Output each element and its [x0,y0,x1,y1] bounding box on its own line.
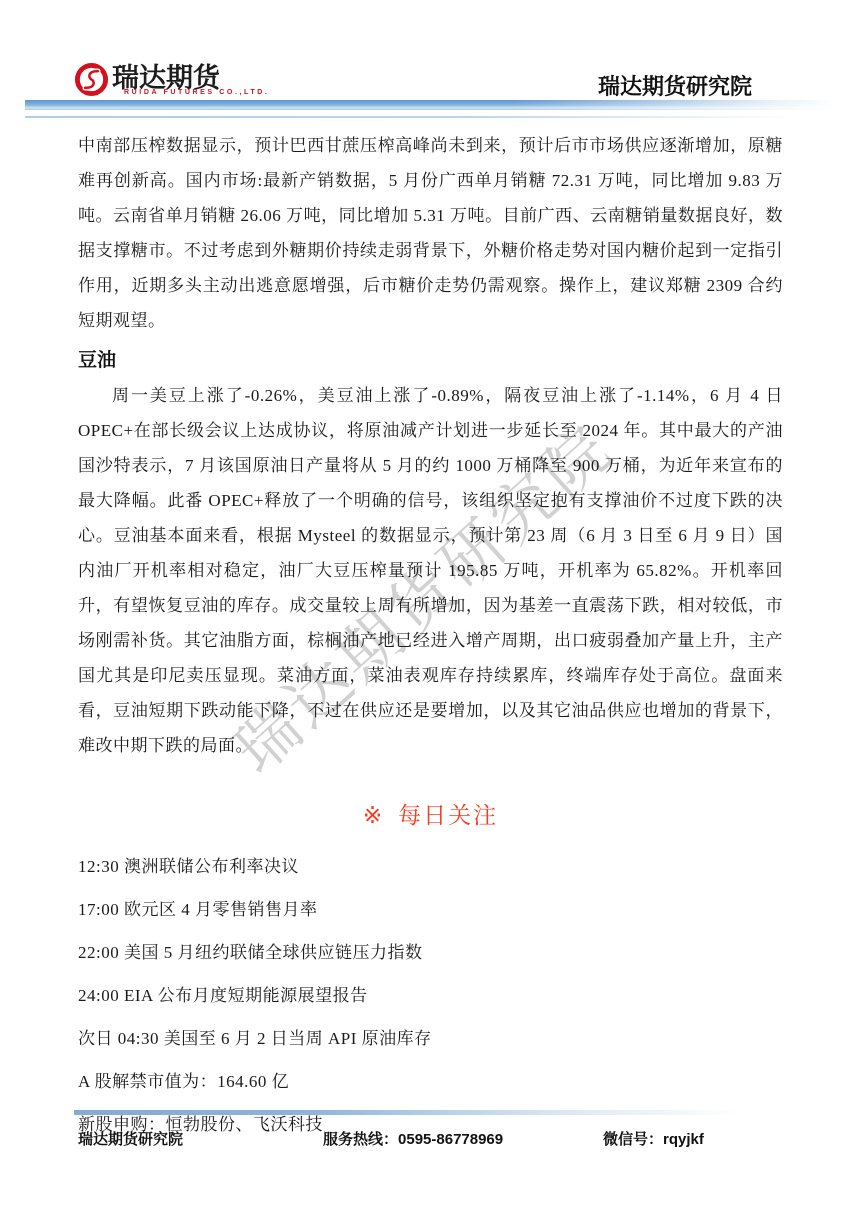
section-title-soybean-oil: 豆油 [78,344,783,378]
footer-divider-bar [74,1110,740,1115]
daily-focus-item: 12:30 澳洲联储公布利率决议 [78,845,783,888]
header-institute-title: 瑞达期货研究院 [598,70,752,101]
footer-institute: 瑞达期货研究院 [78,1128,183,1149]
daily-focus-item: 24:00 EIA 公布月度短期能源展望报告 [78,974,783,1017]
ruida-emblem-icon [74,62,109,97]
footer: 瑞达期货研究院 服务热线：0595-86778969 微信号：rqyjkf [0,1128,860,1150]
footer-wechat-label: 微信号： [603,1131,663,1148]
daily-focus-title: ※每日关注 [78,799,783,833]
footer-hotline-label: 服务热线： [323,1131,398,1148]
reference-mark-icon: ※ [363,803,384,828]
footer-hotline: 服务热线：0595-86778969 [323,1128,503,1149]
daily-focus-item: 22:00 美国 5 月纽约联储全球供应链压力指数 [78,931,783,974]
daily-focus-item: 次日 04:30 美国至 6 月 2 日当周 API 原油库存 [78,1017,783,1060]
daily-focus-item: A 股解禁市值为：164.60 亿 [78,1060,783,1103]
sugar-analysis-paragraph: 中南部压榨数据显示，预计巴西甘蔗压榨高峰尚未到来，预计后市市场供应逐渐增加，原糖… [78,128,783,338]
brand-subtitle: RUIDA FUTURES CO.,LTD. [124,89,269,96]
footer-hotline-number: 0595-86778969 [398,1131,503,1148]
daily-focus-title-text: 每日关注 [398,803,498,828]
report-body: 中南部压榨数据显示，预计巴西甘蔗压榨高峰尚未到来，预计后市市场供应逐渐增加，原糖… [78,128,783,1146]
header-divider-line [25,116,838,118]
daily-focus-item: 17:00 欧元区 4 月零售销售月率 [78,888,783,931]
header-divider-bar [25,100,838,110]
soybean-oil-analysis-paragraph: 周一美豆上涨了-0.26%，美豆油上涨了-0.89%，隔夜豆油上涨了-1.14%… [78,378,783,763]
daily-focus-list: 12:30 澳洲联储公布利率决议17:00 欧元区 4 月零售销售月率22:00… [78,845,783,1146]
footer-wechat: 微信号：rqyjkf [603,1128,704,1149]
report-page: 瑞达期货 RUIDA FUTURES CO.,LTD. 瑞达期货研究院 中南部压… [0,0,860,1217]
footer-wechat-id: rqyjkf [663,1131,704,1148]
